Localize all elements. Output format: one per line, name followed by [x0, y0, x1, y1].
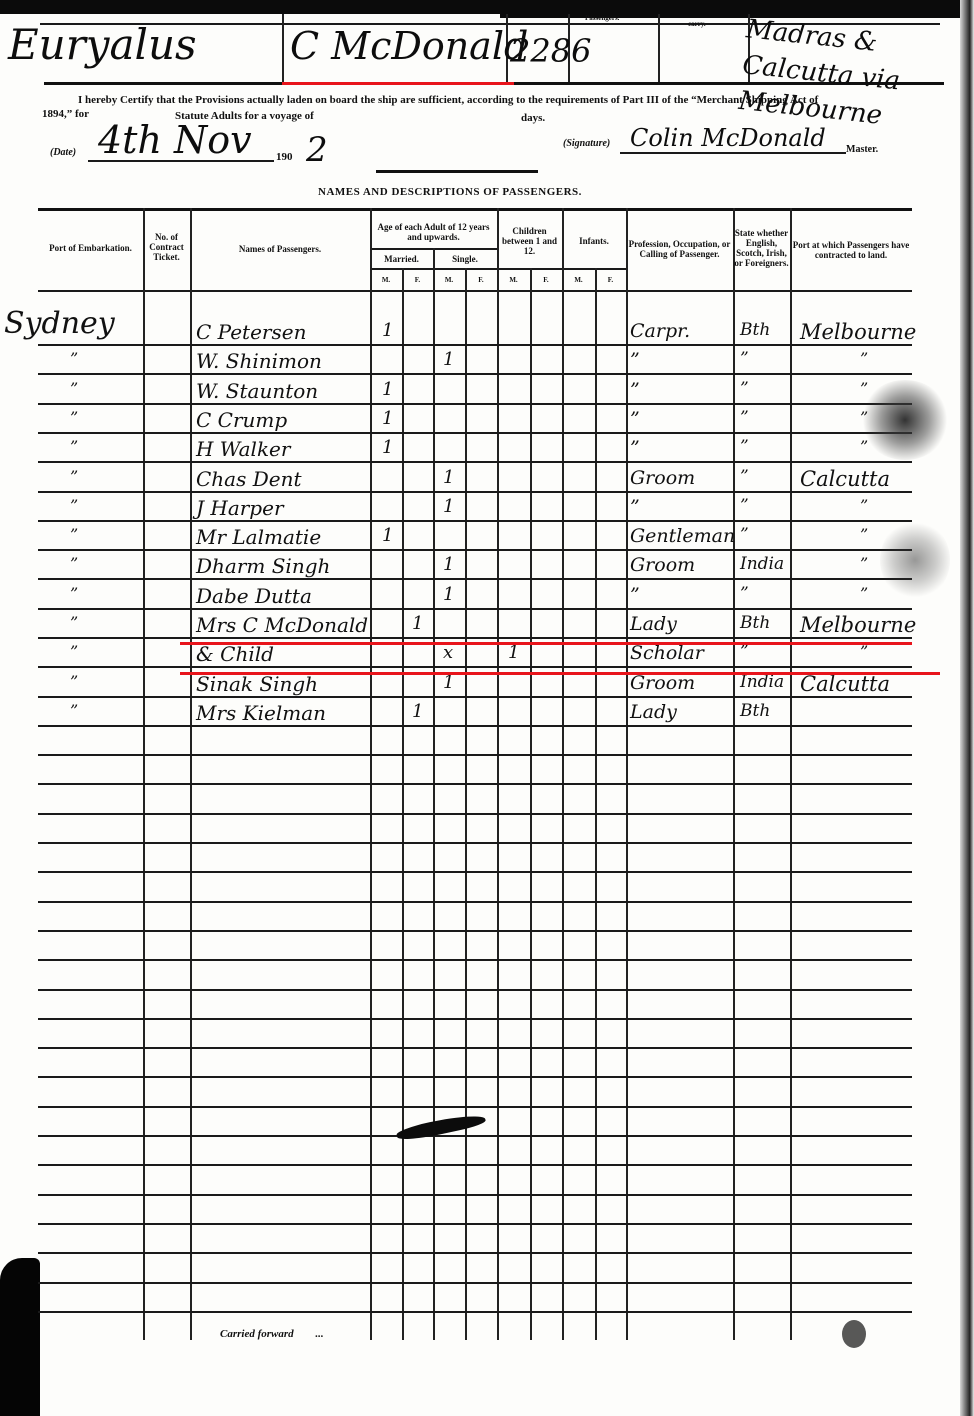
cell-port-landing: Calcutta: [800, 467, 890, 491]
ink-stain: [842, 1320, 866, 1348]
year-suffix: 2: [306, 130, 328, 170]
cell-port-landing: ”: [860, 554, 868, 573]
cell-profession: Groom: [630, 467, 695, 489]
cell-nationality: ”: [740, 408, 749, 428]
cell-port: ”: [70, 349, 78, 368]
cell-profession: Gentleman: [630, 525, 735, 547]
col-female: F.: [465, 275, 497, 285]
official-number: 2286: [510, 32, 591, 70]
col-married: Married.: [370, 254, 433, 264]
cell-nationality: Bth: [740, 701, 770, 721]
cell-port-landing: ”: [860, 496, 868, 515]
cell-port: ”: [70, 467, 78, 486]
highlight-bottom: [180, 672, 940, 675]
col-port-landing: Port at which Passengers have contracted…: [790, 240, 912, 260]
cell-port-landing: Calcutta: [800, 672, 890, 696]
ink-blot: [396, 1111, 487, 1143]
master-name: C McDonald: [290, 24, 528, 68]
cell-single-m: 1: [443, 554, 454, 575]
header-partial-passengers: Passengers.: [585, 14, 619, 22]
cell-nationality: ”: [740, 496, 749, 516]
cell-profession: Lady: [630, 701, 677, 723]
cell-port: ”: [70, 642, 78, 661]
cell-name: Sinak Singh: [196, 672, 318, 696]
cell-port: ”: [70, 525, 78, 544]
cell-nationality: ”: [740, 642, 749, 662]
cell-port: Sydney: [4, 306, 115, 341]
cell-nationality: India: [740, 554, 784, 574]
cell-port-landing: Melbourne: [800, 320, 916, 344]
cell-port: ”: [70, 701, 78, 720]
cell-name: Dabe Dutta: [196, 584, 312, 608]
certification-days: days.: [521, 112, 545, 124]
cell-name: Mrs C McDonald: [196, 613, 368, 637]
cell-married-m: 1: [382, 408, 393, 429]
cell-single-m: 1: [443, 467, 454, 488]
col-profession: Profession, Occupation, or Calling of Pa…: [626, 239, 733, 259]
col-female: F.: [530, 275, 562, 285]
cell-profession: ”: [630, 437, 640, 459]
cell-name: C Crump: [196, 408, 287, 432]
cell-profession: Groom: [630, 554, 695, 576]
col-male: M.: [370, 275, 402, 285]
scan-top-border-right: [500, 0, 974, 18]
cell-profession: ”: [630, 349, 640, 371]
year-prefix: 190: [276, 151, 293, 163]
cell-port-landing: ”: [860, 525, 868, 544]
cell-nationality: ”: [740, 525, 749, 545]
cell-profession: ”: [630, 408, 640, 430]
cell-port-landing: ”: [860, 379, 868, 398]
cell-nationality: Bth: [740, 613, 770, 633]
ship-name: Euryalus: [8, 20, 197, 69]
carried-forward-dots: ...: [315, 1328, 323, 1340]
cell-port-landing: Melbourne: [800, 613, 916, 637]
signature-label: (Signature): [563, 138, 610, 149]
scan-right-edge: [960, 0, 974, 1416]
cell-name: H Walker: [196, 437, 290, 461]
destination-note: Madras & Calcutta via Melbourne: [737, 11, 957, 140]
cell-name: Mrs Kielman: [196, 701, 326, 725]
certification-line-1: I hereby Certify that the Provisions act…: [78, 94, 818, 106]
cell-nationality: ”: [740, 379, 749, 399]
cell-married-m: 1: [382, 379, 393, 400]
cell-single-m: 1: [443, 584, 454, 605]
col-male: M.: [562, 275, 595, 285]
cell-nationality: ”: [740, 584, 749, 604]
cell-nationality: ”: [740, 467, 749, 487]
cell-profession: ”: [630, 584, 640, 606]
cell-port-landing: ”: [860, 349, 868, 368]
highlight-top: [180, 642, 912, 645]
cell-name: W. Shinimon: [196, 349, 322, 373]
col-port-embarkation: Port of Embarkation.: [38, 243, 143, 253]
cell-port: ”: [70, 584, 78, 603]
highlight-master-name: [282, 82, 514, 85]
cell-name: Mr Lalmatie: [196, 525, 321, 549]
cell-single-m: x: [443, 642, 453, 663]
header-partial-carry: carry.: [688, 20, 706, 28]
cell-profession: Lady: [630, 613, 677, 635]
cell-married-m: 1: [382, 525, 393, 546]
cell-port: ”: [70, 379, 78, 398]
cell-single-m: 1: [443, 496, 454, 517]
cell-name: & Child: [196, 642, 274, 666]
col-names: Names of Passengers.: [190, 244, 370, 254]
carried-forward-label: Carried forward: [220, 1328, 294, 1340]
col-contract-ticket: No. of Contract Ticket.: [143, 232, 190, 262]
scan-left-blot: [0, 1258, 40, 1416]
cell-name: W. Staunton: [196, 379, 318, 403]
cell-married-f: 1: [412, 701, 423, 722]
col-female: F.: [595, 275, 626, 285]
cell-married-m: 1: [382, 437, 393, 458]
col-female: F.: [402, 275, 433, 285]
cell-port: ”: [70, 613, 78, 632]
cell-port: ”: [70, 554, 78, 573]
section-title: NAMES AND DESCRIPTIONS OF PASSENGERS.: [318, 186, 582, 198]
ink-stain: [860, 380, 950, 460]
cell-married-f: 1: [412, 613, 423, 634]
cell-port: ”: [70, 408, 78, 427]
date-label: (Date): [50, 147, 76, 158]
cell-port-landing: ”: [860, 584, 868, 603]
cell-child-m: 1: [508, 642, 519, 663]
certification-1894: 1894,” for: [42, 108, 89, 120]
col-adult-age-group: Age of each Adult of 12 years and upward…: [370, 222, 497, 242]
cell-profession: Carpr.: [630, 320, 690, 342]
signature-role: Master.: [846, 144, 878, 155]
date-value: 4th Nov: [98, 118, 252, 162]
cell-nationality: Bth: [740, 320, 770, 340]
col-nationality: State whether English, Scotch, Irish, or…: [733, 228, 790, 268]
cell-port: ”: [70, 437, 78, 456]
col-single: Single.: [433, 254, 497, 264]
col-male: M.: [497, 275, 530, 285]
cell-name: J Harper: [196, 496, 284, 520]
cell-nationality: ”: [740, 349, 749, 369]
cell-port: ”: [70, 672, 78, 691]
col-children: Children between 1 and 12.: [497, 226, 562, 256]
col-infants: Infants.: [562, 236, 626, 246]
cell-profession: ”: [630, 496, 640, 518]
cell-name: Chas Dent: [196, 467, 302, 491]
cell-married-m: 1: [382, 320, 393, 341]
cell-port-landing: ”: [860, 642, 868, 661]
ink-stain: [880, 520, 950, 600]
cell-nationality: ”: [740, 437, 749, 457]
cell-profession: Scholar: [630, 642, 704, 664]
cell-port: ”: [70, 496, 78, 515]
col-male: M.: [433, 275, 465, 285]
cell-name: Dharm Singh: [196, 554, 330, 578]
signature-value: Colin McDonald: [630, 124, 826, 152]
cell-name: C Petersen: [196, 320, 306, 344]
cell-single-m: 1: [443, 349, 454, 370]
cell-profession: ”: [630, 379, 640, 401]
